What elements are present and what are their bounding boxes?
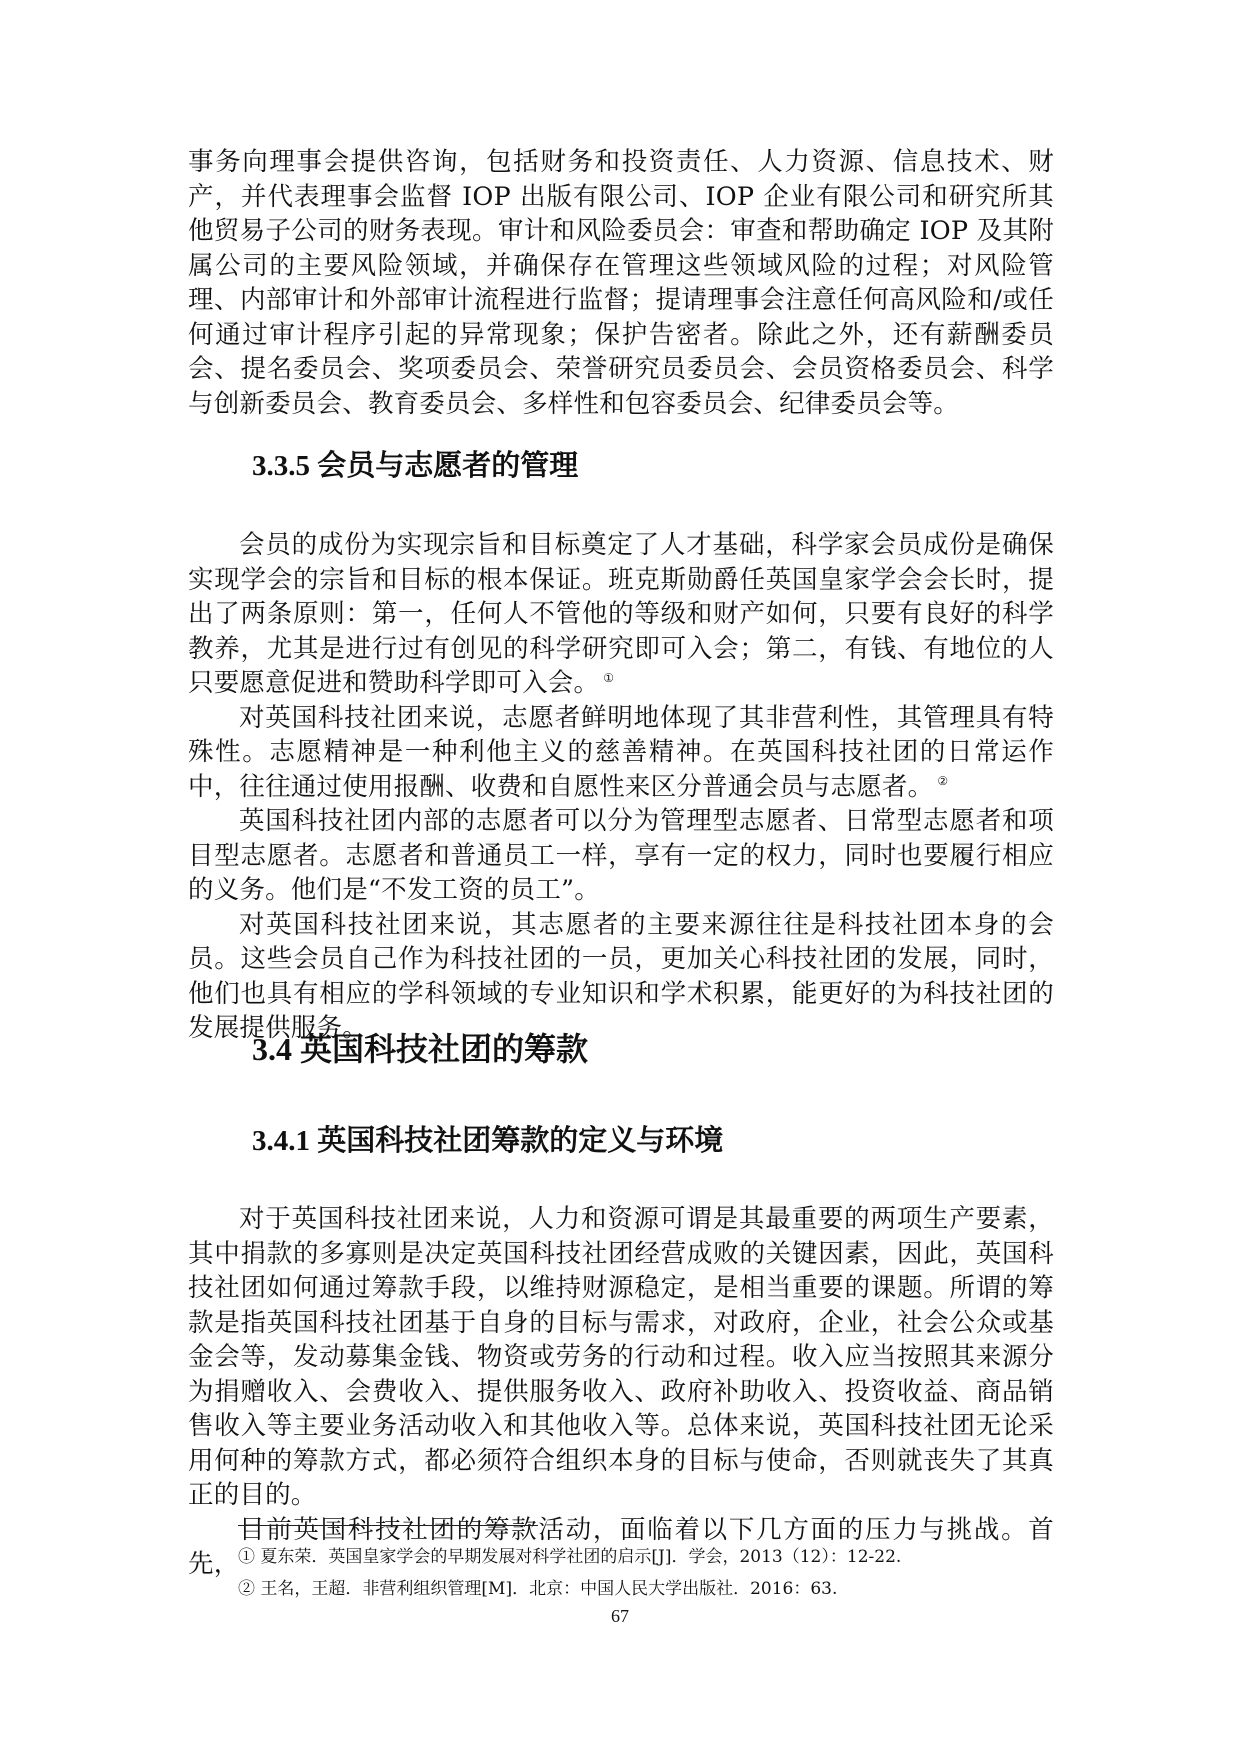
paragraph-text: 对英国科技社团来说，志愿者鲜明地体现了其非营利性，其管理具有特殊性。志愿精神是一… (188, 703, 1054, 802)
paragraph-volunteer-types: 英国科技社团内部的志愿者可以分为管理型志愿者、日常型志愿者和项目型志愿者。志愿者… (188, 804, 1054, 908)
top-paragraph-block: 事务向理事会提供咨询，包括财务和投资责任、人力资源、信息技术、财产，并代表理事会… (188, 145, 1054, 421)
footnote-ref-2[interactable]: ② (937, 774, 948, 788)
page-number: 67 (0, 1606, 1240, 1627)
footnote-1: ① 夏东荣．英国皇家学会的早期发展对科学社团的启示[J]．学会，2013（12）… (238, 1546, 901, 1568)
paragraph-committees: 事务向理事会提供咨询，包括财务和投资责任、人力资源、信息技术、财产，并代表理事会… (188, 145, 1054, 421)
footnote-divider (238, 1525, 538, 1526)
document-page: 事务向理事会提供咨询，包括财务和投资责任、人力资源、信息技术、财产，并代表理事会… (0, 0, 1240, 1753)
section-3-3-5-body: 会员的成份为实现宗旨和目标奠定了人才基础，科学家会员成份是确保实现学会的宗旨和目… (188, 528, 1054, 1046)
paragraph-membership: 会员的成份为实现宗旨和目标奠定了人才基础，科学家会员成份是确保实现学会的宗旨和目… (188, 528, 1054, 701)
heading-3-4: 3.4 英国科技社团的筹款 (252, 1024, 588, 1070)
footnote-ref-1[interactable]: ① (603, 671, 614, 685)
paragraph-text: 会员的成份为实现宗旨和目标奠定了人才基础，科学家会员成份是确保实现学会的宗旨和目… (188, 530, 1054, 698)
footnote-2: ② 王名，王超．非营利组织管理[M]．北京：中国人民大学出版社．2016：63. (238, 1578, 837, 1600)
paragraph-fundraising-definition: 对于英国科技社团来说，人力和资源可谓是其最重要的两项生产要素，其中捐款的多寡则是… (188, 1202, 1054, 1513)
heading-3-4-1: 3.4.1 英国科技社团筹款的定义与环境 (252, 1118, 723, 1159)
heading-3-3-5: 3.3.5 会员与志愿者的管理 (252, 443, 578, 484)
paragraph-volunteers-nature: 对英国科技社团来说，志愿者鲜明地体现了其非营利性，其管理具有特殊性。志愿精神是一… (188, 701, 1054, 805)
